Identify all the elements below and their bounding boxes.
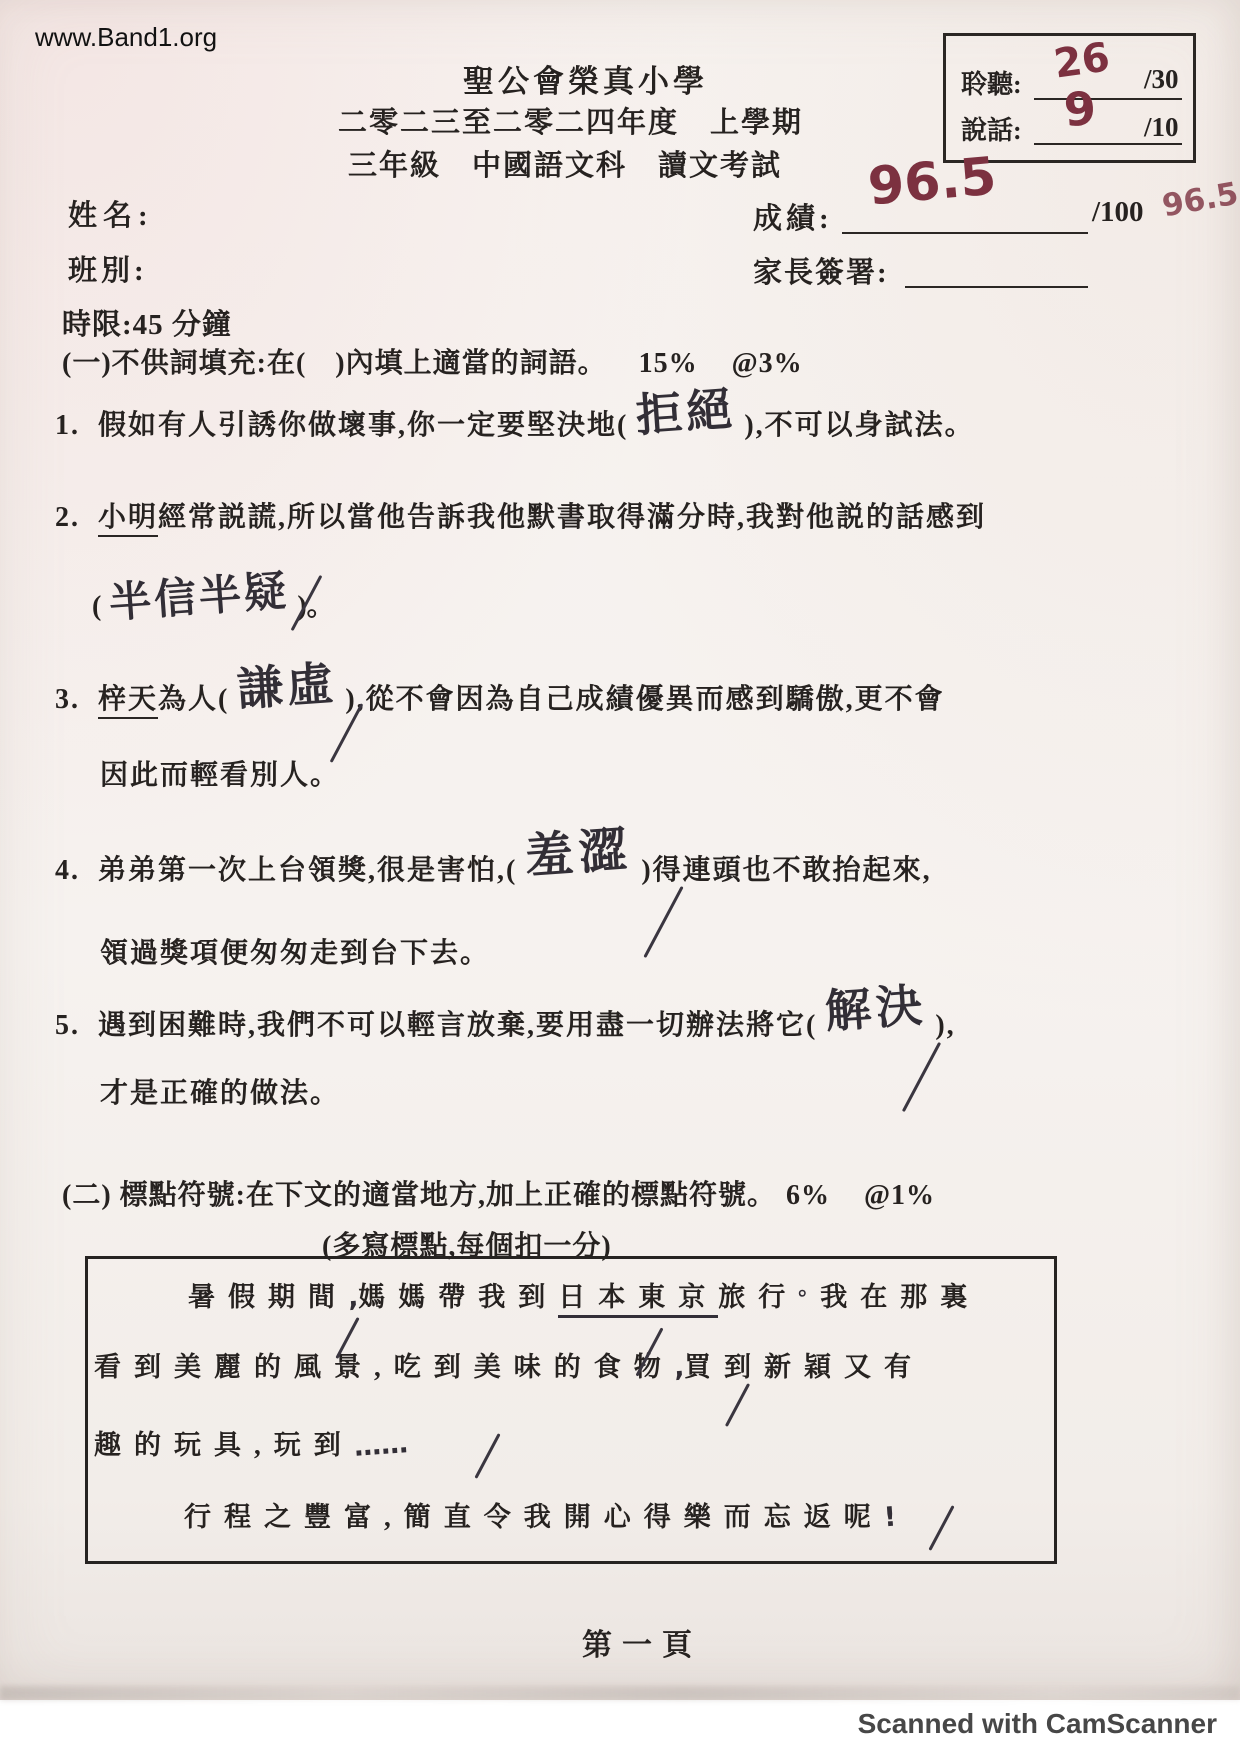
question-text: 因此而輕看別人。 xyxy=(100,760,340,792)
question-4-line-2: 領過獎項便匆匆走到台下去。 xyxy=(100,938,490,970)
listening-total: /30 xyxy=(1144,64,1179,95)
place-name-underlined: 東京 xyxy=(638,1282,718,1318)
question-text: 遇到困難時,我們不可以輕言放棄,要用盡一切辦法將它( xyxy=(98,1010,817,1042)
underlined-name: 小明 xyxy=(98,502,158,537)
question-text: 領過獎項便匆匆走到台下去。 xyxy=(100,938,490,970)
underlined-name: 梓天 xyxy=(98,684,158,719)
passage-text: 我在那裏 xyxy=(820,1282,980,1312)
watermark: www.Band1.org xyxy=(35,22,217,53)
passage-text: 媽媽帶我到 xyxy=(358,1282,558,1312)
handwritten-comma: , xyxy=(673,1352,686,1385)
handwritten-answer: 羞澀 xyxy=(524,828,635,879)
question-text: ),不可以身試法。 xyxy=(744,410,974,442)
score-total: /100 xyxy=(1092,196,1144,229)
scan-edge-shadow xyxy=(0,1686,1240,1700)
question-3-line-2: 因此而輕看別人。 xyxy=(100,760,340,792)
name-label: 姓名: xyxy=(68,193,154,234)
question-number: 1. xyxy=(55,410,80,442)
handwritten-comma: , xyxy=(347,1282,360,1315)
question-text: 經常説謊,所以當他告訴我他默書取得滿分時,我對他説的話感到 xyxy=(158,502,986,534)
check-mark xyxy=(474,1433,500,1479)
header-year-term: 二零二三至二零二四年度 上學期 xyxy=(338,100,803,141)
header-school: 聖公會榮真小學 xyxy=(463,56,708,101)
listening-underline xyxy=(1034,98,1182,100)
question-4-line-1: 4. 弟弟第一次上台領獎,很是害怕,( 羞澀 )得連頭也不敢抬起來, xyxy=(55,842,932,887)
handwritten-exclamation: ! xyxy=(883,1502,898,1535)
question-5-line-2: 才是正確的做法。 xyxy=(100,1078,340,1110)
handwritten-answer: 拒絕 xyxy=(635,389,738,437)
check-mark xyxy=(725,1383,750,1427)
question-5-line-1: 5. 遇到困難時,我們不可以輕言放棄,要用盡一切辦法將它( 解決 ), xyxy=(55,998,956,1042)
handwritten-answer: 謙虛 xyxy=(236,663,339,711)
passage-text: 行程之豐富,簡直令我開心得樂而忘返呢 xyxy=(184,1502,884,1532)
place-name-underlined: 日本 xyxy=(558,1282,638,1318)
score-label: 成績: xyxy=(753,196,833,237)
passage-line-3: 趣的玩具,玩到…… xyxy=(94,1429,408,1462)
question-text: )得連頭也不敢抬起來, xyxy=(641,855,931,887)
passage-box: 暑假期間,媽媽帶我到日本東京旅行。我在那裏 看到美麗的風景,吃到美味的食物,買到… xyxy=(85,1256,1057,1564)
question-text: ), xyxy=(935,1010,955,1042)
section1-per-item: @3% xyxy=(732,348,803,380)
parent-sign-underline xyxy=(905,286,1088,288)
speaking-total: /10 xyxy=(1144,112,1179,143)
page-number: 第一頁 xyxy=(582,1620,702,1664)
passage-text: 趣的玩具,玩到 xyxy=(94,1430,354,1460)
question-text: ),從不會因為自己成績優異而感到驕傲,更不會 xyxy=(345,684,944,716)
question-2-line-1: 2. 小明 經常説謊,所以當他告訴我他默書取得滿分時,我對他説的話感到 xyxy=(55,502,986,537)
handwritten-period: 。 xyxy=(797,1274,821,1302)
scanned-exam-page: www.Band1.org 聖公會榮真小學 二零二三至二零二四年度 上學期 三年… xyxy=(0,0,1240,1754)
speaking-label: 說話: xyxy=(961,110,1022,147)
question-text: ( xyxy=(92,591,101,623)
passage-text: 暑假期間 xyxy=(188,1282,348,1312)
passage-text: 看到美麗的風景,吃到美味的食物 xyxy=(94,1352,674,1382)
question-number: 5. xyxy=(55,1010,80,1042)
section2-marks: 6% xyxy=(786,1180,830,1212)
question-number: 2. xyxy=(55,502,80,534)
passage-text: 買到新穎又有 xyxy=(684,1352,924,1382)
section2-per-item: @1% xyxy=(864,1180,935,1212)
question-text: 為人( xyxy=(158,684,229,716)
handwritten-ellipsis: …… xyxy=(353,1428,409,1464)
section1-marks: 15% xyxy=(639,348,698,380)
passage-line-4: 行程之豐富,簡直令我開心得樂而忘返呢! xyxy=(184,1501,896,1534)
scanner-credit: Scanned with CamScanner xyxy=(858,1708,1217,1740)
passage-line-2: 看到美麗的風景,吃到美味的食物,買到新穎又有 xyxy=(94,1351,924,1384)
listening-score-handwritten: 26 xyxy=(1051,34,1113,87)
oral-score-box: 聆聽: 26 /30 說話: 9 /10 xyxy=(943,33,1196,163)
check-mark xyxy=(928,1505,954,1551)
question-text: 弟弟第一次上台領獎,很是害怕,( xyxy=(98,855,517,887)
score-underline xyxy=(842,232,1088,234)
section2-title: (二) 標點符號:在下文的適當地方,加上正確的標點符號。 xyxy=(62,1180,776,1212)
question-text: 才是正確的做法。 xyxy=(100,1078,340,1110)
score-value-handwritten: 96.5 xyxy=(866,147,999,218)
question-text: 假如有人引誘你做壞事,你一定要堅決地( xyxy=(98,410,628,442)
section1-heading: (一)不供詞填充:在( )內填上適當的詞語。 15% @3% xyxy=(62,348,803,380)
passage-line-1: 暑假期間,媽媽帶我到日本東京旅行。我在那裏 xyxy=(188,1281,980,1314)
handwritten-answer: 解決 xyxy=(824,984,929,1032)
section1-title: (一)不供詞填充:在( )內填上適當的詞語。 xyxy=(62,348,607,380)
listening-label: 聆聽: xyxy=(961,64,1022,101)
time-limit: 時限:45 分鐘 xyxy=(62,302,232,343)
question-1-line: 1. 假如有人引誘你做壞事,你一定要堅決地( 拒絕 ),不可以身試法。 xyxy=(55,398,975,442)
class-label: 班別: xyxy=(68,248,148,289)
question-number: 4. xyxy=(55,855,80,887)
speaking-underline xyxy=(1034,143,1182,145)
handwritten-answer: 半信半疑 xyxy=(108,572,290,622)
question-number: 3. xyxy=(55,684,80,716)
passage-text: 旅行 xyxy=(718,1282,798,1312)
header-exam-title: 三年級 中國語文科 讀文考試 xyxy=(348,143,782,184)
section2-heading: (二) 標點符號:在下文的適當地方,加上正確的標點符號。 6% @1% xyxy=(62,1180,935,1212)
parent-sign-label: 家長簽署: xyxy=(753,250,889,291)
question-3-line-1: 3. 梓天 為人( 謙虛 ),從不會因為自己成績優異而感到驕傲,更不會 xyxy=(55,672,945,719)
speaking-score-handwritten: 9 xyxy=(1062,81,1098,137)
